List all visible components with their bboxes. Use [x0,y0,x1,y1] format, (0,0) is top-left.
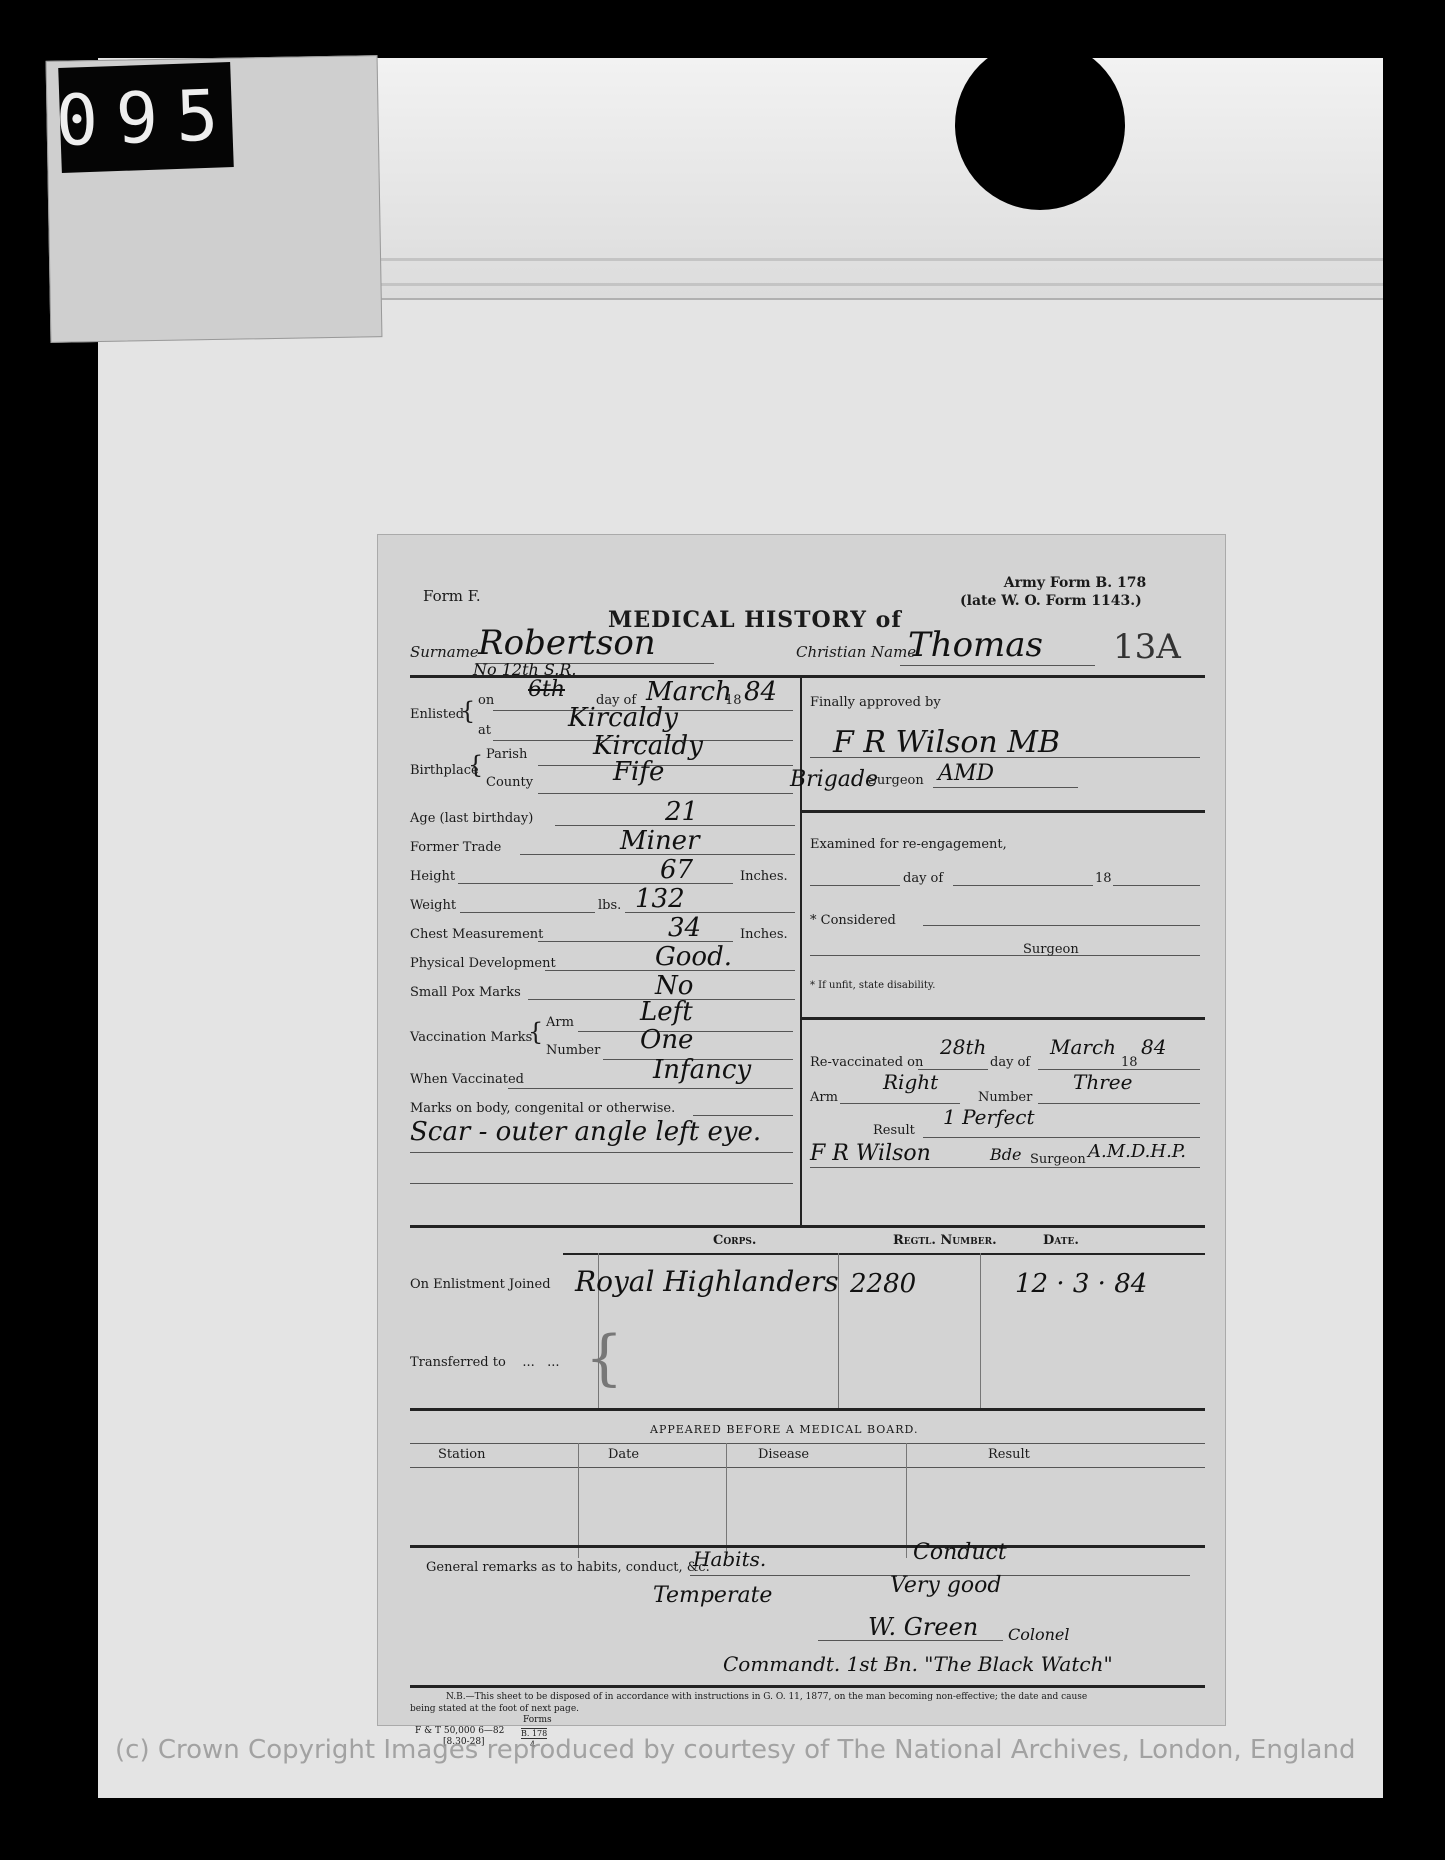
marks-label: Marks on body, congenital or otherwise. [410,1101,675,1116]
surgeon2-label: Surgeon [1023,942,1079,957]
commander-rank: Colonel [1008,1625,1070,1644]
medical-board-title: APPEARED BEFORE A MEDICAL BOARD. [650,1423,918,1436]
unfit-note: * If unfit, state disability. [810,980,935,991]
revacc-year: 84 [1141,1035,1166,1059]
approver-signature: F R Wilson MB [833,725,1060,760]
revacc-number-label: Number [978,1090,1032,1105]
finally-approved-label: Finally approved by [810,695,941,710]
surname-label: Surname [410,643,479,661]
army-form-number: Army Form B. 178 [990,575,1160,591]
result-value: 1 Perfect [943,1105,1035,1129]
date-header: Date. [1043,1233,1079,1248]
date-header-board: Date [608,1447,639,1462]
disease-header: Disease [758,1447,809,1462]
surname-value: Robertson [478,623,656,663]
table-row-transferred: Transferred to ... ... { [410,1335,1205,1395]
row-former-trade: Former Trade Miner [410,834,795,863]
revacc-month: March [1050,1035,1116,1059]
result-header: Result [988,1447,1030,1462]
folded-cover-sheet [360,58,1383,300]
revacc-arm-label: Arm [810,1090,838,1105]
forms-label: Forms [523,1715,552,1725]
stamp-code: 13A [1113,627,1181,667]
commander-signature: W. Green [868,1613,978,1641]
corps-header: Corps. [713,1233,756,1248]
at-label: at [478,723,491,738]
form-letter: Form F. [423,587,481,605]
fold-line [360,258,1383,261]
enlisted-day: 6th [528,677,565,702]
considered-label: * Considered [810,913,896,928]
result-label: Result [873,1123,915,1138]
when-vaccinated-value: Infancy [653,1055,751,1085]
surgeon-label: Surgeon [868,773,924,788]
habits-label: Habits. [693,1547,766,1571]
row-chest: Chest Measurement 34 Inches. [410,921,795,950]
revacc-number-value: Three [1073,1070,1132,1094]
county-label: County [486,775,533,790]
revacc-arm-value: Right [883,1070,938,1094]
vacc-arm-label: Arm [546,1015,574,1030]
conduct-value: Very good [890,1573,1001,1598]
enlistment-date-value: 12 · 3 · 84 [1015,1269,1147,1299]
corps-value: Royal Highlanders [575,1265,839,1298]
habits-value: Temperate [653,1583,772,1608]
on-label: on [478,693,494,708]
frame-counter: 095 [58,62,234,173]
row-small-pox: Small Pox Marks No [410,979,795,1008]
vacc-arm-value: Left [640,997,693,1027]
row-age: Age (last birthday) 21 [410,805,795,834]
when-vaccinated-label: When Vaccinated [410,1072,524,1087]
row-height: Height 67 Inches. [410,863,795,892]
brigade-value: Brigade [790,767,878,792]
enlisted-place: Kircaldy [568,703,678,733]
remarks-label: General remarks as to habits, conduct, &… [426,1560,710,1575]
christian-name-label: Christian Name [796,643,916,661]
revacc-day: 28th [940,1035,986,1059]
vacc-number-label: Number [546,1043,600,1058]
revaccinated-label: Re-vaccinated on [810,1055,923,1070]
revacc-surgeon-value: A.M.D.H.P. [1088,1141,1186,1162]
revacc-signature: F R Wilson [810,1141,931,1166]
medical-history-form: Form F. MEDICAL HISTORY of Army Form B. … [378,535,1225,1725]
nb-note-line1: N.B.—This sheet to be disposed of in acc… [446,1692,1087,1702]
regtl-number-value: 2280 [850,1269,916,1299]
re-engagement-label: Examined for re-engagement, [810,837,1007,852]
table-row-enlistment: On Enlistment Joined Royal Highlanders 2… [410,1255,1205,1315]
copyright-watermark: (c) Crown Copyright Images reproduced by… [115,1735,1345,1765]
row-weight: Weight lbs. 132 [410,892,795,921]
christian-name-value: Thomas [908,625,1043,665]
regtl-number-header: Regtl. Number. [893,1233,997,1248]
vaccination-marks-label: Vaccination Marks [410,1030,532,1045]
marks-value: Scar - outer angle left eye. [410,1117,761,1147]
nb-note-line2: being stated at the foot of next page. [410,1704,579,1714]
vacc-number-value: One [640,1025,693,1055]
station-header: Station [438,1447,485,1462]
late-form-number: (late W. O. Form 1143.) [960,593,1142,609]
row-physical-development: Physical Development Good. [410,950,795,979]
enlisted-year: 84 [744,677,777,707]
punched-hole [955,40,1125,210]
surgeon-value: AMD [938,761,994,786]
commanding-unit: Commandt. 1st Bn. "The Black Watch" [723,1652,1113,1676]
county-value: Fife [613,757,664,787]
fold-line [360,283,1383,286]
conduct-label: Conduct [913,1540,1007,1565]
enlisted-label: Enlisted [410,707,464,722]
parish-label: Parish [486,747,527,762]
